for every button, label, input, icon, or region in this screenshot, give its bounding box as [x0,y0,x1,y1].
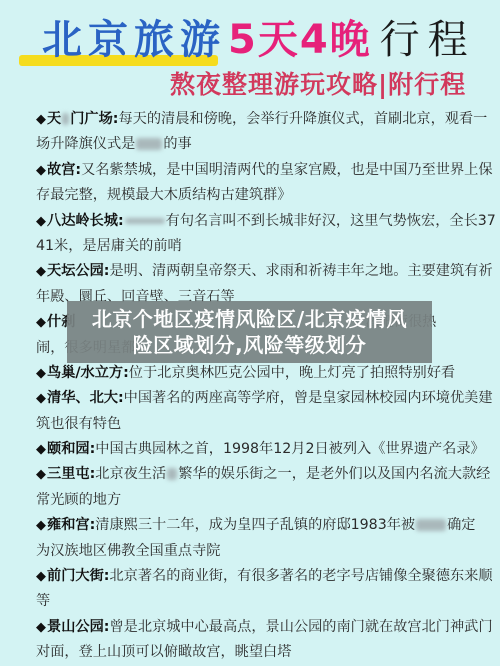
item-title: 八达岭长城: [47,213,124,229]
item-title: 清华、北大: [47,390,124,406]
list-item-temple-of-heaven: ◆天坛公园:是明、清两朝皇帝祭天、求雨和祈祷丰年之地。主要建筑有祈 [36,259,466,284]
overlay-title-banner[interactable]: 北京个地区疫情风险区/北京疫情风 险区域划分,风险等级划分 [67,301,432,363]
item-title: 颐和园: [47,441,95,457]
item-desc: 位于北京奥林匹克公园中，晚上灯亮了拍照特别好看 [129,365,455,381]
list-item-birds-nest: ◆鸟巢/水立方:位于北京奥林匹克公园中，晚上灯亮了拍照特别好看 [36,361,466,386]
item-desc-continued: 筑也很有特色 [36,412,466,437]
diamond-bullet-icon: ◆ [36,442,46,457]
item-title: 雍和宫: [47,517,95,533]
list-item-sanlitun: ◆三里屯:北京夜生活繁华的娱乐街之一，是老外们以及国内名流大款经 [36,462,466,487]
header: 北京旅游 5天4晚 行程 熬夜整理游玩攻略|附行程 [0,0,500,105]
banner-line-1: 北京个地区疫情风险区/北京疫情风 [92,306,407,332]
item-title: 前门大街: [47,568,109,584]
list-item-jingshan-park: ◆景山公园:曾是北京城中心最高点，景山公园的南门就在故宫北门神武门 [36,615,466,640]
item-title: 景山公园: [47,619,109,635]
item-desc-continued: 存最完整，规模最大木质结构古建筑群》 [36,183,466,208]
blurred-region [62,113,69,125]
diamond-bullet-icon: ◆ [36,264,46,279]
attraction-list: ◆天门广场:每天的清晨和傍晚，会举行升降旗仪式，首刷北京，观看一 场升降旗仪式是… [36,107,466,666]
list-item-forbidden-city: ◆故宫:又名紫禁城，是中国明清两代的皇家宫殿，也是中国乃至世界上保 [36,158,466,183]
diamond-bullet-icon: ◆ [36,569,46,584]
item-desc: 清康熙三十二年，成为皇四子乱镇的府邸1983年被 [95,517,415,533]
list-item-lama-temple: ◆雍和宫:清康熙三十二年，成为皇四子乱镇的府邸1983年被确定 [36,513,466,538]
diamond-bullet-icon: ◆ [36,620,46,635]
item-desc: 每天的清晨和傍晚，会举行升降旗仪式，首刷北京，观看一 [118,111,487,127]
diamond-bullet-icon: ◆ [36,112,46,127]
page-subtitle: 熬夜整理游玩攻略|附行程 [170,68,466,102]
blurred-region [167,468,177,480]
item-title: 故宫: [47,162,81,178]
item-title: 鸟巢/水立方: [47,365,129,381]
item-desc-continued: 为汉族地区佛教全国重点寺院 [36,539,466,564]
item-desc: 又名紫禁城，是中国明清两代的皇家宫殿，也是中国乃至世界上保 [81,162,492,178]
banner-line-2: 险区域划分,风险等级划分 [133,332,367,358]
list-item-badaling: ◆八达岭长城:有句名言叫不到长城非好汉，这里气势恢宏，全长37 [36,209,466,234]
item-desc: 北京著名的商业街，有很多著名的老字号店铺像全聚德东来顺 [109,568,492,584]
title-destination: 北京旅游 [42,16,226,64]
title-duration: 5天4晚 [228,16,372,64]
diamond-bullet-icon: ◆ [36,315,46,330]
item-title: 天门广场: [47,111,118,127]
diamond-bullet-icon: ◆ [36,391,46,406]
item-desc-continued: 等 [36,589,466,614]
diamond-bullet-icon: ◆ [36,467,46,482]
blurred-region [416,519,446,531]
list-item-qianmen-street: ◆前门大街:北京著名的商业街，有很多著名的老字号店铺像全聚德东来顺 [36,564,466,589]
list-item-tiananmen: ◆天门广场:每天的清晨和傍晚，会举行升降旗仪式，首刷北京，观看一 [36,107,466,132]
item-desc-continued: 场升降旗仪式是的事 [36,132,466,157]
item-desc: 是明、清两朝皇帝祭天、求雨和祈祷丰年之地。主要建筑有祈 [109,263,492,279]
list-item-tsinghua-pku: ◆清华、北大:中国著名的两座高等学府，曾是皇家园林校园内环境优美建 [36,386,466,411]
item-desc: 中国著名的两座高等学府，曾是皇家园林校园内环境优美建 [124,390,493,406]
item-desc: 北京夜生活 [95,466,166,482]
diamond-bullet-icon: ◆ [36,163,46,178]
item-title: 三里屯: [47,466,95,482]
item-desc-continued: 41米，是居庸关的前哨 [36,234,466,259]
item-desc-continued: 常光顾的地方 [36,488,466,513]
diamond-bullet-icon: ◆ [36,518,46,533]
diamond-bullet-icon: ◆ [36,214,46,229]
item-desc: 曾是北京城中心最高点，景山公园的南门就在故宫北门神武门 [109,619,492,635]
blurred-region [125,218,165,224]
item-title: 天坛公园: [47,263,109,279]
item-desc: 有句名言叫不到长城非好汉，这里气势恢宏，全长37 [166,213,496,229]
blurred-region [136,138,162,150]
page-title: 北京旅游 5天4晚 行程 [42,16,476,64]
diamond-bullet-icon: ◆ [36,366,46,381]
list-item-summer-palace: ◆颐和园:中国古典园林之首，1998年12月2日被列入《世界遗产名录》 [36,437,466,462]
item-desc: 中国古典园林之首，1998年12月2日被列入《世界遗产名录》 [95,441,485,457]
item-desc-continued: 对面，登上山顶可以俯瞰故宫，眺望白塔 [36,640,466,665]
title-itinerary: 行程 [380,16,476,64]
